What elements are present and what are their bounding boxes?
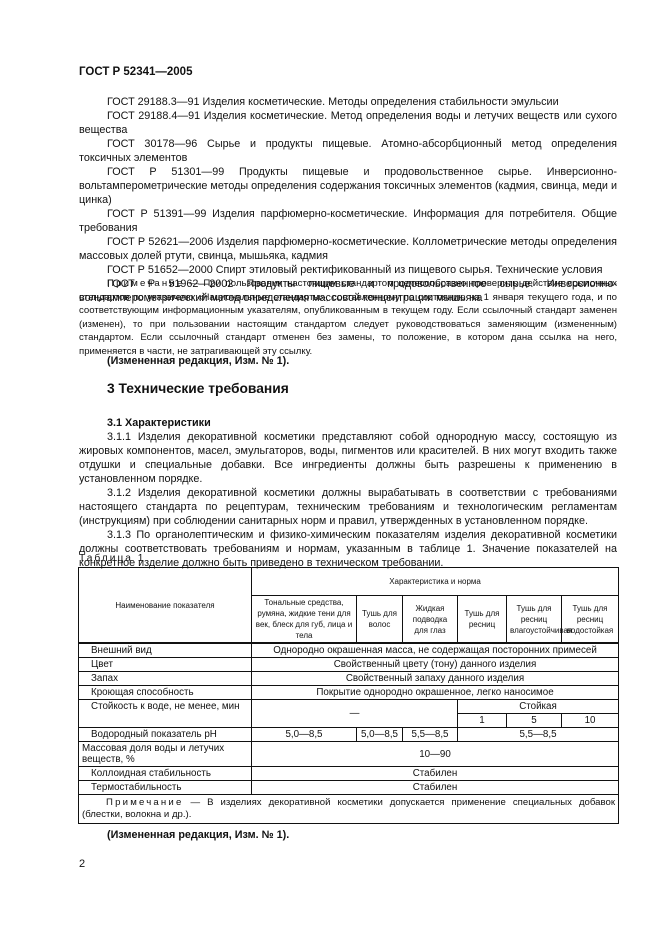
reference-item: ГОСТ 29188.3—91 Изделия косметические. М… — [79, 95, 617, 109]
header-column: Тушь для ресниц — [458, 596, 507, 644]
header-column: Тушь для ресниц влагоустойчивая — [507, 596, 562, 644]
row-value: 5,5—8,5 — [458, 728, 619, 742]
amendment-note: (Измененная редакция, Изм. № 1). — [107, 355, 289, 367]
row-name: Внешний вид — [79, 643, 252, 658]
reference-item: ГОСТ 29188.4—91 Изделия косметические. М… — [79, 109, 617, 137]
row-value: Стабилен — [252, 767, 619, 781]
section-body: 3.1.1 Изделия декоративной косметики пре… — [79, 430, 617, 570]
reference-item: ГОСТ Р 52621—2006 Изделия парфюмерно-кос… — [79, 235, 617, 263]
table-row: Кроющая способность Покрытие однородно о… — [79, 686, 619, 700]
header-column: Жидкая подводка для глаз — [403, 596, 458, 644]
table-row: Цвет Свойственный цвету (тону) данного и… — [79, 658, 619, 672]
reference-item: ГОСТ Р 51391—99 Изделия парфюмерно-косме… — [79, 207, 617, 235]
paragraph: 3.1.1 Изделия декоративной косметики пре… — [79, 430, 617, 486]
row-value: 10—90 — [252, 742, 619, 767]
table-note-row: Примечание — В изделиях декоративной кос… — [79, 795, 619, 824]
table-row: Внешний вид Однородно окрашенная масса, … — [79, 643, 619, 658]
note-text: — При пользовании настоящим стандартом ц… — [79, 278, 617, 357]
amendment-note: (Измененная редакция, Изм. № 1). — [107, 829, 289, 841]
row-value: 5,5—8,5 — [403, 728, 458, 742]
table-row: Водородный показатель pH 5,0—8,5 5,0—8,5… — [79, 728, 619, 742]
row-value: — — [252, 700, 458, 728]
row-value: Свойственный запаху данного изделия — [252, 672, 619, 686]
paragraph: 3.1.3 По органолептическим и физико-хими… — [79, 528, 617, 570]
subsection-title: 3.1 Характеристики — [107, 417, 211, 429]
row-value: 5,0—8,5 — [252, 728, 357, 742]
row-name: Стойкость к воде, не менее, мин — [79, 700, 252, 728]
row-name: Цвет — [79, 658, 252, 672]
row-value: 5,0—8,5 — [357, 728, 403, 742]
header-group: Характеристика и норма — [252, 568, 619, 596]
reference-item: ГОСТ Р 51652—2000 Спирт этиловый ректифи… — [79, 263, 617, 277]
header-indicator-name: Наименование показателя — [79, 568, 252, 644]
page-number: 2 — [79, 858, 85, 870]
table-row: Коллоидная стабильность Стабилен — [79, 767, 619, 781]
row-name: Водородный показатель pH — [79, 728, 252, 742]
characteristics-table: Наименование показателя Характеристика и… — [78, 567, 619, 824]
row-subgroup: Стойкая — [458, 700, 619, 714]
row-value: Стабилен — [252, 781, 619, 795]
paragraph: 3.1.2 Изделия декоративной косметики дол… — [79, 486, 617, 528]
header-column: Тушь для волос — [357, 596, 403, 644]
table-row: Стойкость к воде, не менее, мин — Стойка… — [79, 700, 619, 714]
row-name: Коллоидная стабильность — [79, 767, 252, 781]
row-value: Однородно окрашенная масса, не содержаща… — [252, 643, 619, 658]
header-column: Тушь для ресниц водостойкая — [562, 596, 619, 644]
note-label: Примечание — [107, 278, 185, 289]
document-id-header: ГОСТ Р 52341—2005 — [79, 66, 192, 78]
section-title: 3 Технические требования — [107, 381, 289, 396]
table-row: Запах Свойственный запаху данного издели… — [79, 672, 619, 686]
table-row: Массовая доля воды и летучих веществ, % … — [79, 742, 619, 767]
reference-item: ГОСТ 30178—96 Сырье и продукты пищевые. … — [79, 137, 617, 165]
row-value: 10 — [562, 714, 619, 728]
table-note: Примечание — В изделиях декоративной кос… — [79, 795, 619, 824]
table-caption: Таблица 1 — [79, 553, 145, 564]
normative-references-list: ГОСТ 29188.3—91 Изделия косметические. М… — [79, 95, 617, 305]
header-column: Тональные средства, румяна, жидкие тени … — [252, 596, 357, 644]
table-row: Термостабильность Стабилен — [79, 781, 619, 795]
row-name: Термостабильность — [79, 781, 252, 795]
row-value: 5 — [507, 714, 562, 728]
row-name: Кроющая способность — [79, 686, 252, 700]
reference-item: ГОСТ Р 51301—99 Продукты пищевые и продо… — [79, 165, 617, 207]
note-label: Примечание — [106, 797, 184, 808]
row-value: Покрытие однородно окрашенное, легко нан… — [252, 686, 619, 700]
row-name: Запах — [79, 672, 252, 686]
row-value: Свойственный цвету (тону) данного издели… — [252, 658, 619, 672]
row-value: 1 — [458, 714, 507, 728]
references-note: Примечание — При пользовании настоящим с… — [79, 277, 617, 358]
row-name: Массовая доля воды и летучих веществ, % — [79, 742, 252, 767]
